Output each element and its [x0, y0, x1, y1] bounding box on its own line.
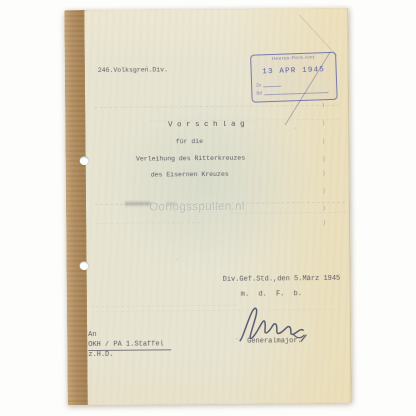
- bleedthrough-mark: [321, 170, 325, 176]
- punch-hole-top: [80, 156, 89, 165]
- title-line-vorschlag: V o r s c h l a g: [168, 122, 245, 130]
- stamp-blank-line: [263, 82, 281, 88]
- place-date-line: Div.Gef.Std.,den 5.März 1945: [223, 276, 341, 284]
- title-line-eisernes-kreuz: des Eisernen Kreuzes: [151, 172, 229, 179]
- title-line-fuer-die: für die: [176, 139, 203, 146]
- bleedthrough-mark: [321, 188, 325, 194]
- recipient-attention: z.H.D.: [88, 352, 113, 359]
- division-header: 246.Volksgren.Div.: [98, 67, 168, 74]
- stamp-field-bd: Bd: [256, 88, 328, 95]
- bleedthrough-mark: [320, 120, 324, 126]
- bleedthrough-mark: [321, 205, 325, 211]
- stamp-field-zu: Zu: [256, 82, 281, 88]
- photo-backdrop: 246.Volksgren.Div. V o r s c h l a g für…: [0, 0, 416, 416]
- document-photo: 246.Volksgren.Div. V o r s c h l a g für…: [64, 8, 351, 405]
- recipient-address: OKH / PA 1.Staffel: [88, 341, 171, 351]
- signer-rank: Generalmajor.: [247, 338, 302, 345]
- site-watermark: Oorlogsspullen.nl: [149, 201, 245, 214]
- stamp-blank-line: [264, 88, 328, 95]
- ghost-text-smudge: [125, 201, 151, 205]
- bleedthrough-mark: [321, 156, 325, 162]
- punch-hole-bottom: [79, 261, 88, 270]
- recipient-intro: An: [88, 332, 96, 339]
- bleedthrough-mark: [321, 220, 325, 226]
- stamp-date: 13 APR 1945: [252, 66, 336, 77]
- title-line-verleihung: Verleihung des Ritterkreuzes: [136, 156, 245, 163]
- bleedthrough-mark: [320, 102, 324, 108]
- bleedthrough-mark: [320, 138, 324, 144]
